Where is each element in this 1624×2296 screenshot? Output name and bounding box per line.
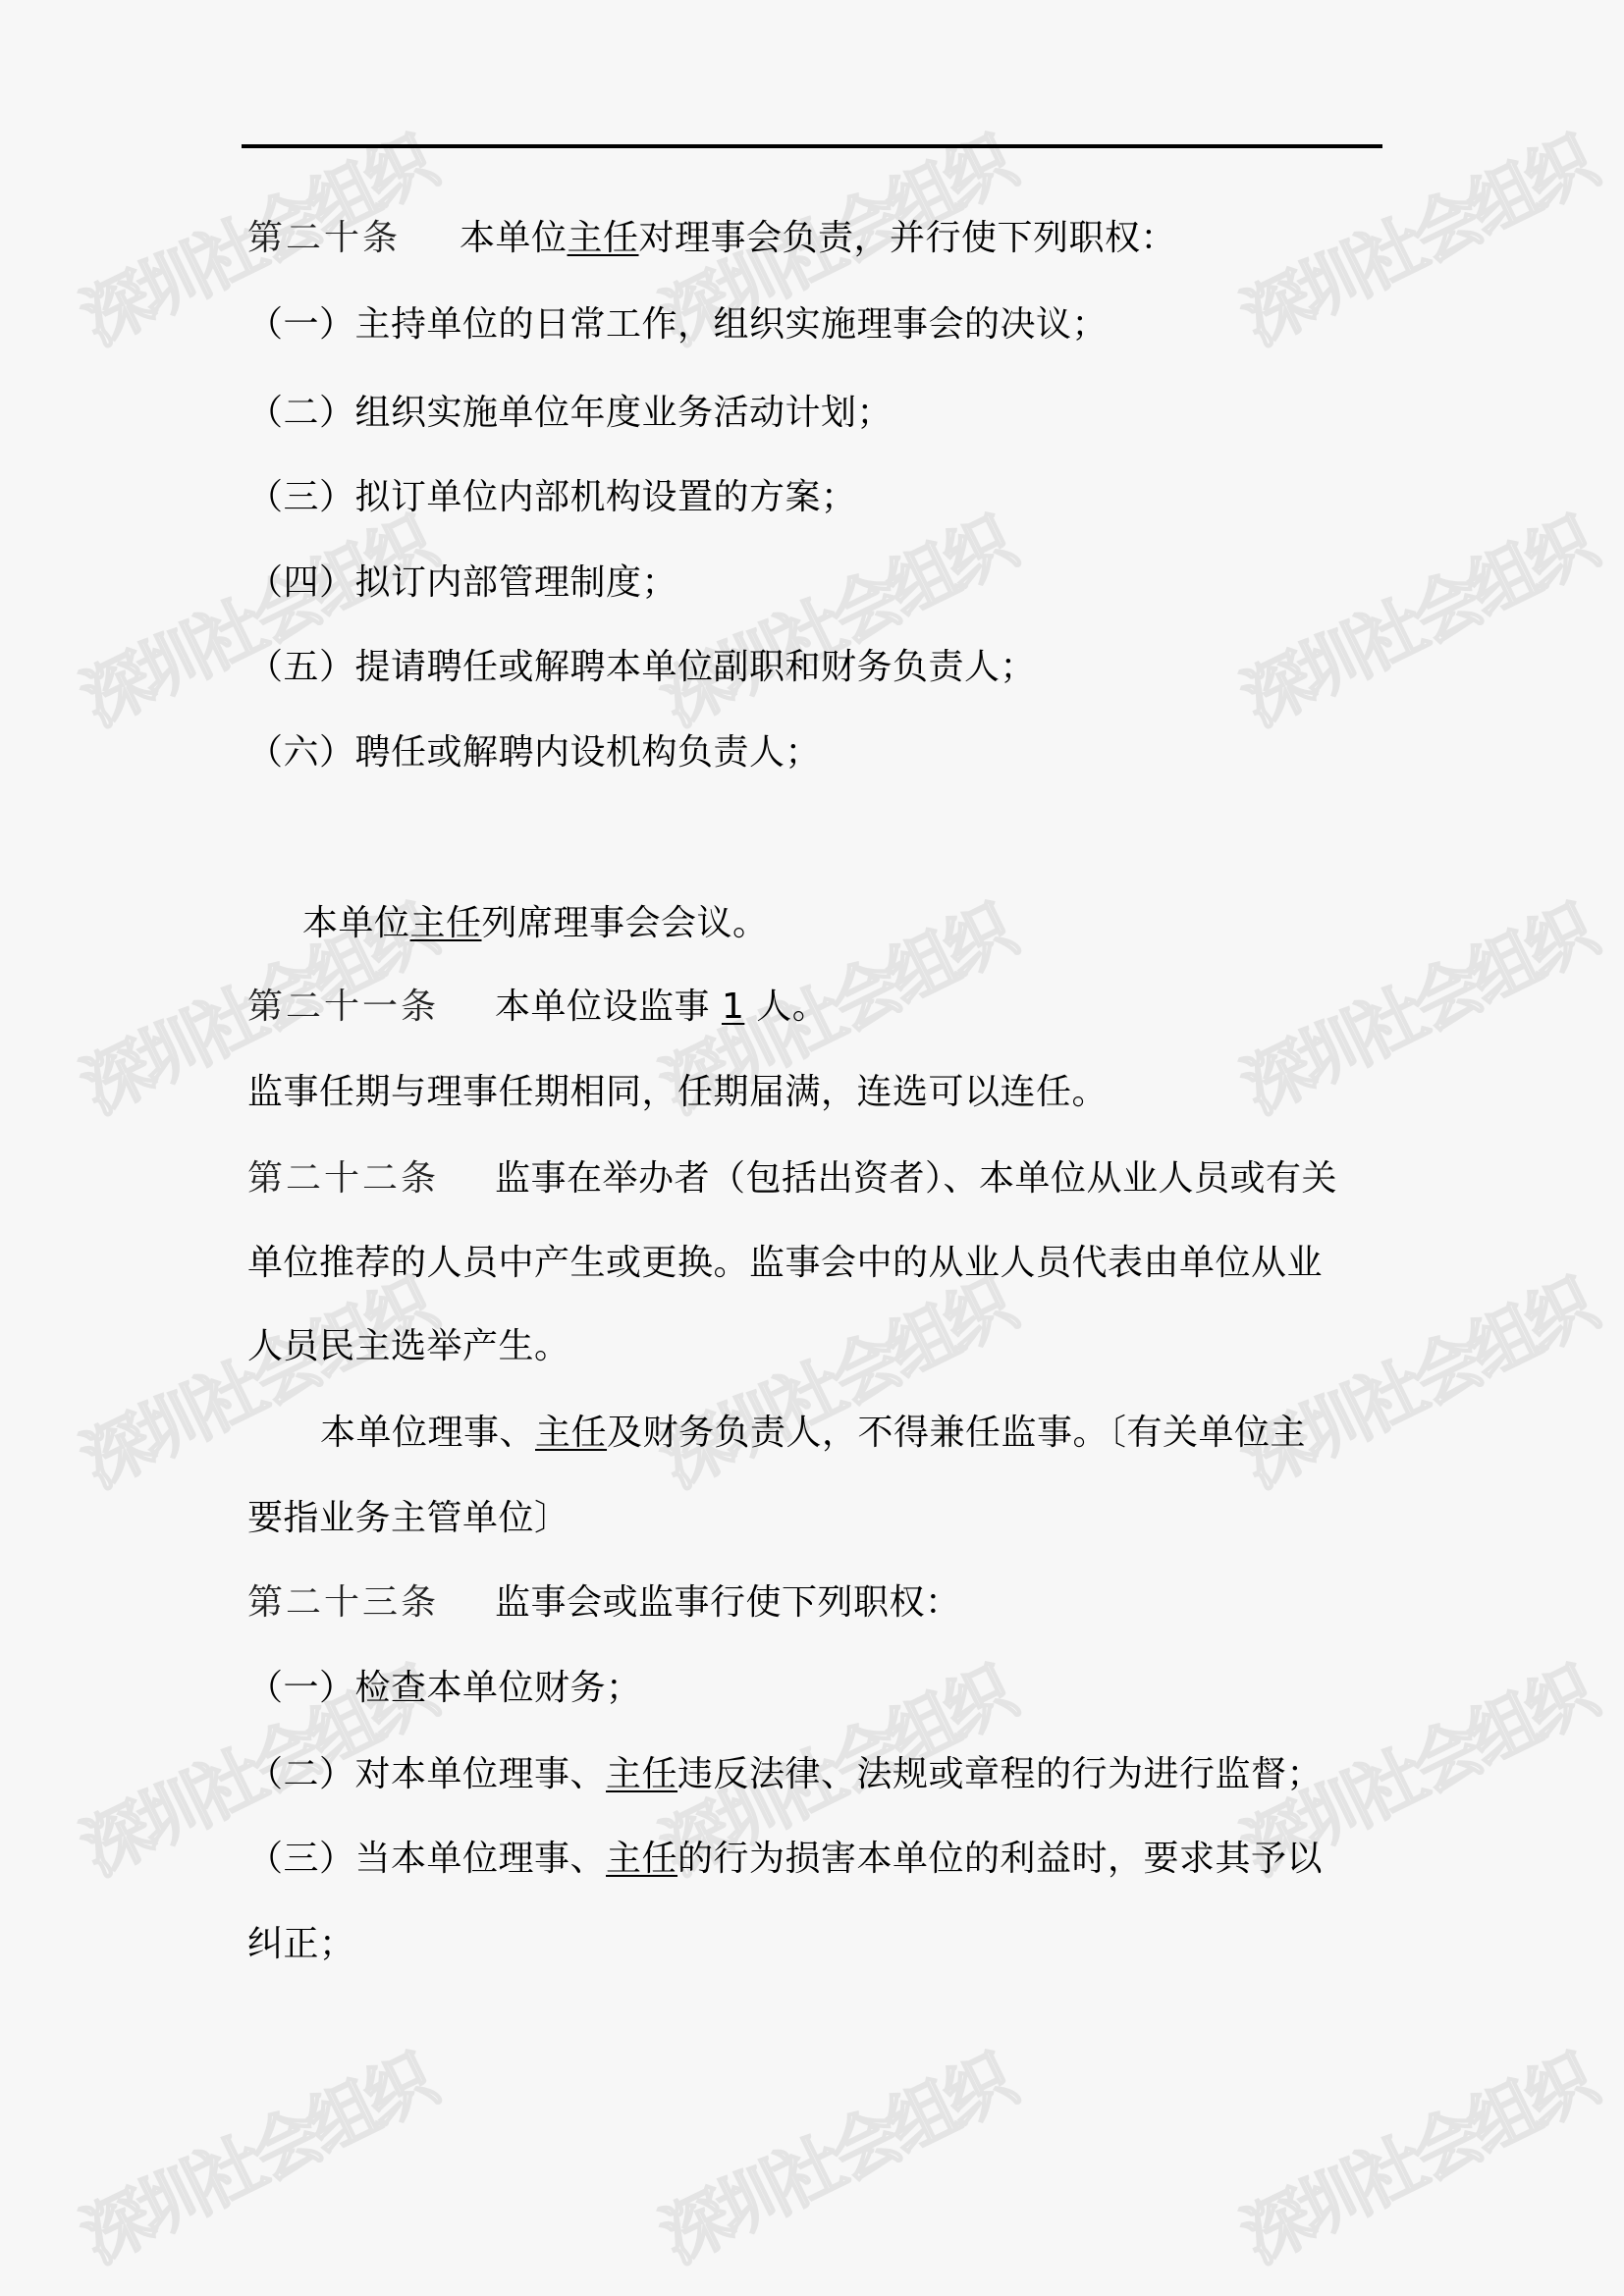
article-label: 第二十三条 — [247, 1578, 495, 1628]
list-item: （五）提请聘任或解聘本单位副职和财务负责人； — [247, 643, 1036, 692]
list-item: （六）聘任或解聘内设机构负责人； — [247, 728, 821, 777]
header-rule — [242, 144, 1382, 148]
article-label: 第二十二条 — [247, 1154, 495, 1203]
watermark-text: 深圳社会组织 — [63, 1262, 451, 1505]
watermark-text: 深圳社会组织 — [642, 1262, 1030, 1505]
paragraph: 监事任期与理事任期相同，任期届满，连选可以连任。 — [247, 1068, 1108, 1117]
list-item: （三）拟订单位内部机构设置的方案； — [247, 473, 857, 522]
watermark-text: 深圳社会组织 — [642, 501, 1030, 743]
article-label: 第二十一条 — [247, 983, 495, 1032]
watermark-text: 深圳社会组织 — [642, 2038, 1030, 2280]
list-item: （四）拟订内部管理制度； — [247, 559, 677, 608]
list-item: （二）对本单位理事、主任违反法律、法规或章程的行为进行监督； — [247, 1750, 1323, 1799]
watermark-text: 深圳社会组织 — [1223, 501, 1611, 743]
article-21-heading: 第二十一条本单位设监事 1 人。 — [247, 983, 828, 1032]
list-item: （二）组织实施单位年度业务活动计划； — [247, 389, 893, 438]
list-item: （三）当本单位理事、主任的行为损害本单位的利益时，要求其予以 — [247, 1835, 1323, 1884]
watermark-text: 深圳社会组织 — [1223, 1262, 1611, 1505]
article-23-heading: 第二十三条监事会或监事行使下列职权： — [247, 1578, 961, 1628]
watermark-text: 深圳社会组织 — [1223, 120, 1611, 362]
watermark-text: 深圳社会组织 — [63, 2038, 451, 2280]
article-20-heading: 第二十条本单位主任对理事会负责，并行使下列职权： — [247, 214, 1176, 263]
article-label: 第二十条 — [247, 214, 460, 263]
paragraph: 本单位理事、主任及财务负责人，不得兼任监事。〔有关单位主 — [320, 1409, 1306, 1458]
list-item: （一）检查本单位财务； — [247, 1664, 642, 1713]
article-22-heading: 第二十二条监事在举办者（包括出资者）、本单位从业人员或有关 — [247, 1154, 1337, 1203]
paragraph: 单位推荐的人员中产生或更换。监事会中的从业人员代表由单位从业 — [247, 1239, 1323, 1288]
paragraph: 人员民主选举产生。 — [247, 1322, 570, 1371]
watermark-text: 深圳社会组织 — [1223, 2038, 1611, 2280]
list-item: （一）主持单位的日常工作，组织实施理事会的决议； — [247, 300, 1108, 349]
watermark-text: 深圳社会组织 — [1223, 888, 1611, 1131]
paragraph: 本单位主任列席理事会会议。 — [302, 899, 769, 948]
paragraph: 要指业务主管单位〕 — [247, 1494, 570, 1543]
watermark-text: 深圳社会组织 — [63, 501, 451, 743]
paragraph: 纠正； — [247, 1920, 355, 1969]
